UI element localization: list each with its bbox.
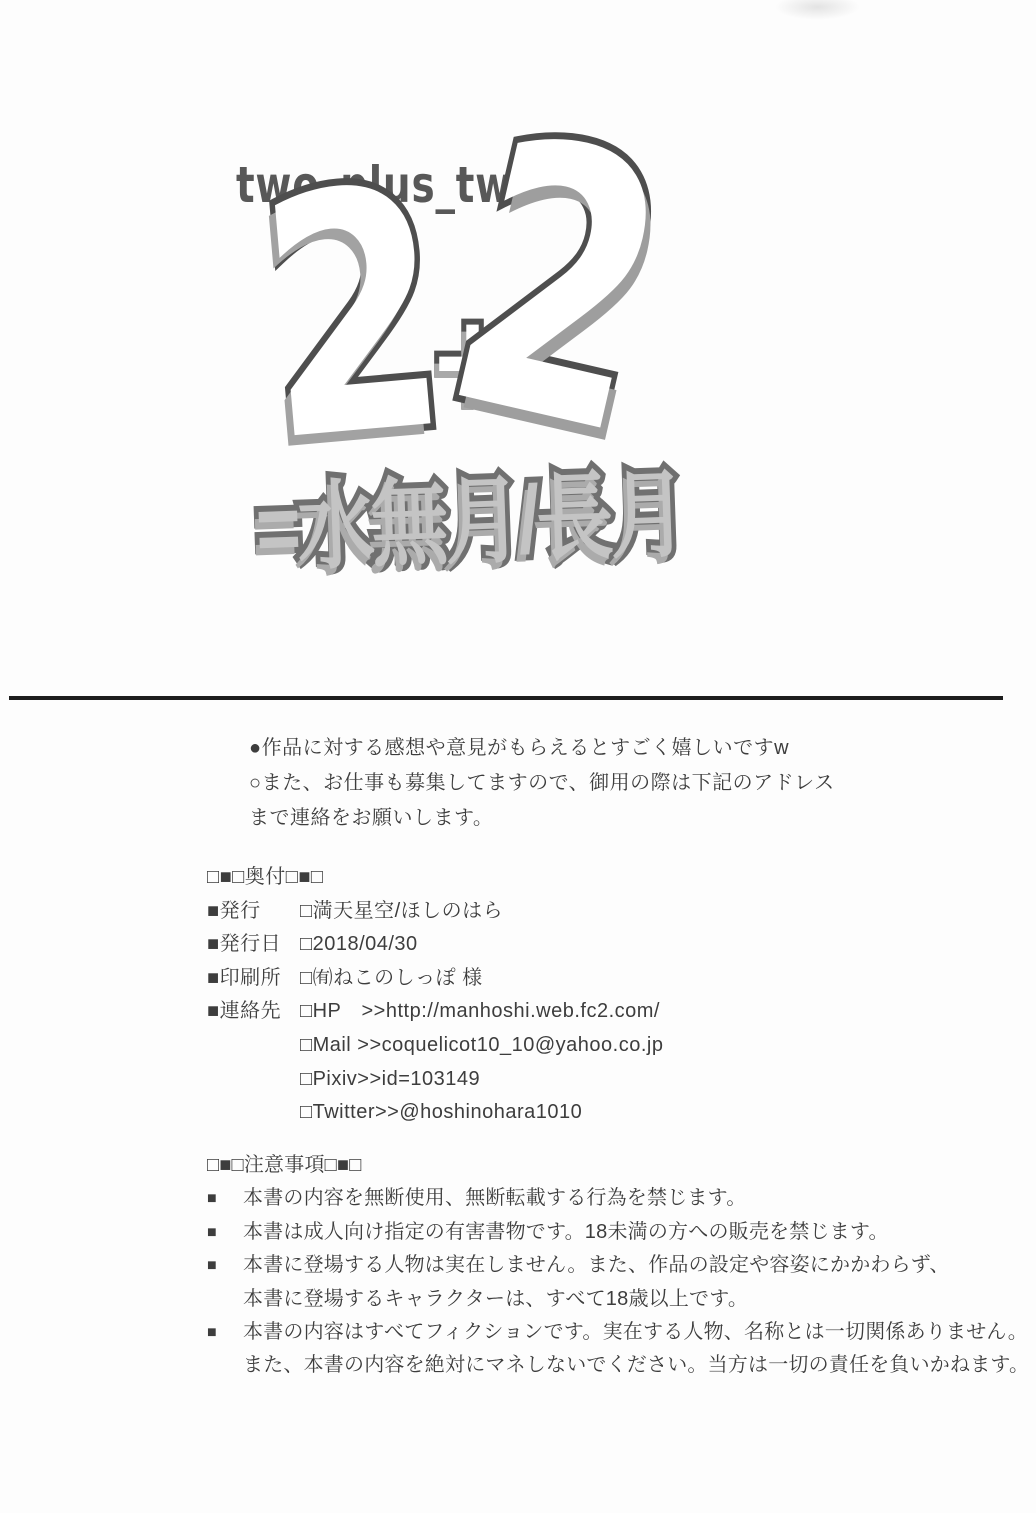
notice-text: 本書の内容を無断使用、無断転載する行為を禁じます。 [243, 1182, 1029, 1215]
square-bullet-icon: ■ [207, 1316, 243, 1383]
intro-line: ●作品に対する感想や意見がもらえるとすごく嬉しいですw [249, 731, 835, 766]
colophon-label-empty [207, 1096, 300, 1130]
colophon-value: □Twitter>>@hoshinohara1010 [300, 1096, 663, 1130]
colophon-row-date: ■発行日 □2018/04/30 [207, 928, 663, 962]
notices-section: □■□注意事項□■□ ■ 本書の内容を無断使用、無断転載する行為を禁じます。 ■… [207, 1149, 1029, 1383]
notice-text: 本書は成人向け指定の有害書物です。18未満の方への販売を禁じます。 [243, 1216, 1029, 1249]
notice-item: ■ 本書の内容はすべてフィクションです。実在する人物、名称とは一切関係ありません… [207, 1316, 1029, 1383]
notices-header: □■□注意事項□■□ [207, 1149, 1029, 1182]
square-bullet-icon: ■ [207, 1182, 243, 1215]
colophon-value: □Mail >>coquelicot10_10@yahoo.co.jp [300, 1029, 663, 1063]
scan-artifact [775, 0, 860, 20]
colophon-row-publisher: ■発行 □満天星空/ほしのはら [207, 895, 663, 929]
colophon-label: ■連絡先 [207, 995, 300, 1029]
logo-equals-line: =水無月/長月 [254, 457, 686, 587]
colophon-value: □HP >>http://manhoshi.web.fc2.com/ [300, 995, 663, 1029]
notice-text: 本書に登場する人物は実在しません。また、作品の設定や容姿にかかわらず、 本書に登… [243, 1249, 1029, 1316]
colophon-row-contact: ■連絡先 □HP >>http://manhoshi.web.fc2.com/ [207, 995, 663, 1029]
colophon-row-pixiv: □Pixiv>>id=103149 [207, 1063, 663, 1097]
intro-line: ○また、お仕事も募集してますので、御用の際は下記のアドレス [249, 766, 835, 801]
colophon-header: □■□奥付□■□ [207, 861, 663, 895]
colophon-label: ■印刷所 [207, 962, 300, 996]
square-bullet-icon: ■ [207, 1249, 243, 1316]
notice-item: ■ 本書は成人向け指定の有害書物です。18未満の方への販売を禁じます。 [207, 1216, 1029, 1249]
notice-text: 本書の内容はすべてフィクションです。実在する人物、名称とは一切関係ありません。 … [243, 1316, 1029, 1383]
intro-note: ●作品に対する感想や意見がもらえるとすごく嬉しいですw ○また、お仕事も募集して… [249, 731, 835, 835]
colophon-label: ■発行日 [207, 928, 300, 962]
section-divider [9, 696, 1003, 700]
logo-numeral-right: 2 [425, 86, 694, 489]
notice-item: ■ 本書の内容を無断使用、無断転載する行為を禁じます。 [207, 1182, 1029, 1215]
colophon-value: □㈲ねこのしっぽ 様 [300, 962, 663, 996]
colophon-label: ■発行 [207, 895, 300, 929]
colophon-row-mail: □Mail >>coquelicot10_10@yahoo.co.jp [207, 1029, 663, 1063]
square-bullet-icon: ■ [207, 1216, 243, 1249]
colophon-value: □Pixiv>>id=103149 [300, 1063, 663, 1097]
colophon-label-empty [207, 1029, 300, 1063]
colophon-value: □満天星空/ほしのはら [300, 895, 663, 929]
colophon-section: □■□奥付□■□ ■発行 □満天星空/ほしのはら ■発行日 □2018/04/3… [207, 861, 663, 1130]
colophon-label-empty [207, 1063, 300, 1097]
notice-item: ■ 本書に登場する人物は実在しません。また、作品の設定や容姿にかかわらず、 本書… [207, 1249, 1029, 1316]
colophon-row-twitter: □Twitter>>@hoshinohara1010 [207, 1096, 663, 1130]
intro-line: まで連絡をお願いします。 [249, 801, 835, 836]
colophon-row-printer: ■印刷所 □㈲ねこのしっぽ 様 [207, 962, 663, 996]
scanned-colophon-page: two_plus_two 2 + 2 =水無月/長月 ●作品に対する感想や意見が… [0, 0, 1036, 1513]
colophon-value: □2018/04/30 [300, 928, 663, 962]
